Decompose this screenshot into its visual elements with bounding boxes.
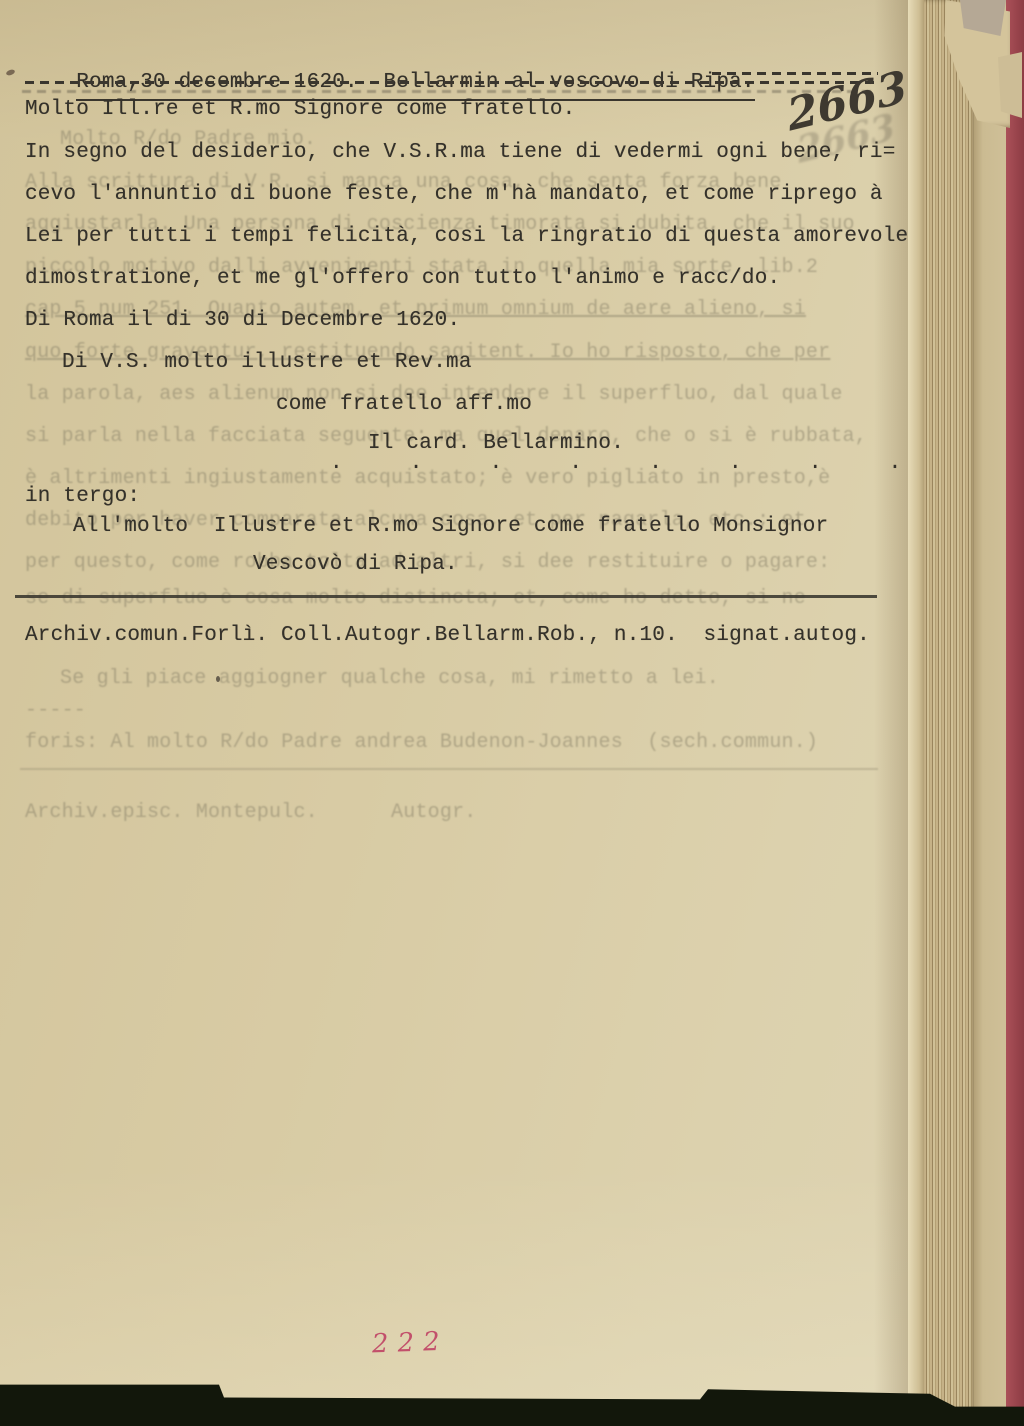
ghost-line: Archiv.episc. Montepulc. Autogr. — [25, 800, 476, 825]
page-number-handwritten: 222 — [371, 1327, 449, 1360]
ghost-dashes: ----- — [25, 698, 86, 723]
closing-line-1: Di V.S. molto illustre et Rev.ma — [62, 350, 472, 376]
salutation-line: Molto Ill.re et R.mo Signore come fratel… — [25, 97, 576, 123]
closing-line-2: come fratello aff.mo — [276, 392, 532, 418]
page-edge-highlight — [908, 0, 924, 1426]
body-line-1: In segno del desiderio, che V.S.R.ma tie… — [25, 140, 896, 166]
stacked-page-edges — [924, 0, 976, 1426]
body-line-4: dimostratione, et me gl'offero con tutto… — [25, 266, 780, 292]
page-fold-shadow — [874, 0, 910, 1426]
ghost-rule — [20, 768, 878, 770]
body-line-2: cevo l'annuntio di buone feste, che m'hà… — [25, 182, 883, 208]
ghost-line: foris: Al molto R/do Padre andrea Budeno… — [25, 730, 818, 755]
ghost-line: Se gli piace aggiogner qualche cosa, mi … — [60, 666, 719, 691]
book-cover-edge — [1006, 0, 1024, 1426]
body-line-3: Lei per tutti i tempi felicità, cosi la … — [25, 224, 908, 250]
torn-corner-fragment — [998, 52, 1022, 118]
dots-separator: . . . . . . . . . — [330, 451, 995, 477]
section-rule — [15, 595, 877, 598]
scanned-document-page: Roma,30 decembre 1620. Bellarmin al vesc… — [0, 0, 1024, 1426]
verso-address-2: Vescovò di Ripa. — [253, 552, 458, 578]
verso-label: in tergo: — [25, 484, 140, 510]
underlying-page — [974, 0, 1008, 1426]
ink-speck — [216, 676, 220, 682]
ghost-line: se di superfluo è cosa molto distincta; … — [25, 586, 806, 611]
header-dashed-rule — [25, 81, 878, 84]
citation-line: Archiv.comun.Forlì. Coll.Autogr.Bellarm.… — [25, 623, 870, 649]
dateline: Di Roma il di 30 di Decembre 1620. — [25, 308, 460, 334]
ink-speck — [5, 69, 15, 77]
verso-address-1: All'molto Illustre et R.mo Signore come … — [73, 514, 828, 540]
bottom-background-strip — [0, 1380, 1024, 1426]
ghost-dashed-rule — [22, 90, 872, 93]
